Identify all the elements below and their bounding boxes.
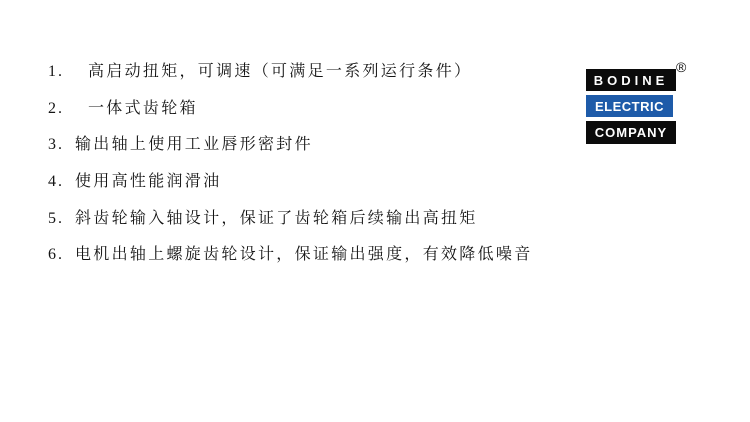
feature-text: 斜齿轮输入轴设计，保证了齿轮箱后续输出高扭矩 bbox=[75, 210, 478, 227]
feature-number: 2. bbox=[48, 100, 88, 117]
feature-number: 3. bbox=[48, 136, 75, 153]
logo-bar-company: COMPANY bbox=[586, 121, 676, 144]
feature-item-2: 2.一体式齿轮箱 bbox=[48, 100, 533, 117]
feature-text: 一体式齿轮箱 bbox=[88, 100, 198, 117]
feature-number: 5. bbox=[48, 210, 75, 227]
registered-trademark-icon: ® bbox=[676, 60, 686, 74]
feature-text: 电机出轴上螺旋齿轮设计，保证输出强度，有效降低噪音 bbox=[75, 246, 533, 263]
feature-number: 4. bbox=[48, 173, 75, 190]
feature-item-5: 5.斜齿轮输入轴设计，保证了齿轮箱后续输出高扭矩 bbox=[48, 210, 533, 227]
slide: 1.高启动扭矩，可调速（可满足一系列运行条件） 2.一体式齿轮箱 3.输出轴上使… bbox=[0, 0, 750, 422]
feature-number: 6. bbox=[48, 246, 75, 263]
feature-text: 输出轴上使用工业唇形密封件 bbox=[75, 136, 313, 153]
feature-number: 1. bbox=[48, 63, 88, 80]
feature-list: 1.高启动扭矩，可调速（可满足一系列运行条件） 2.一体式齿轮箱 3.输出轴上使… bbox=[48, 63, 533, 283]
bodine-logo: BODINE ELECTRIC COMPANY ® bbox=[586, 69, 676, 148]
logo-bar-electric: ELECTRIC bbox=[586, 95, 673, 117]
feature-item-6: 6.电机出轴上螺旋齿轮设计，保证输出强度，有效降低噪音 bbox=[48, 246, 533, 263]
feature-item-1: 1.高启动扭矩，可调速（可满足一系列运行条件） bbox=[48, 63, 533, 80]
logo-bar-bodine: BODINE bbox=[586, 69, 676, 91]
feature-text: 高启动扭矩，可调速（可满足一系列运行条件） bbox=[88, 63, 472, 80]
feature-text: 使用高性能润滑油 bbox=[75, 173, 221, 190]
feature-item-3: 3.输出轴上使用工业唇形密封件 bbox=[48, 136, 533, 153]
feature-item-4: 4.使用高性能润滑油 bbox=[48, 173, 533, 190]
